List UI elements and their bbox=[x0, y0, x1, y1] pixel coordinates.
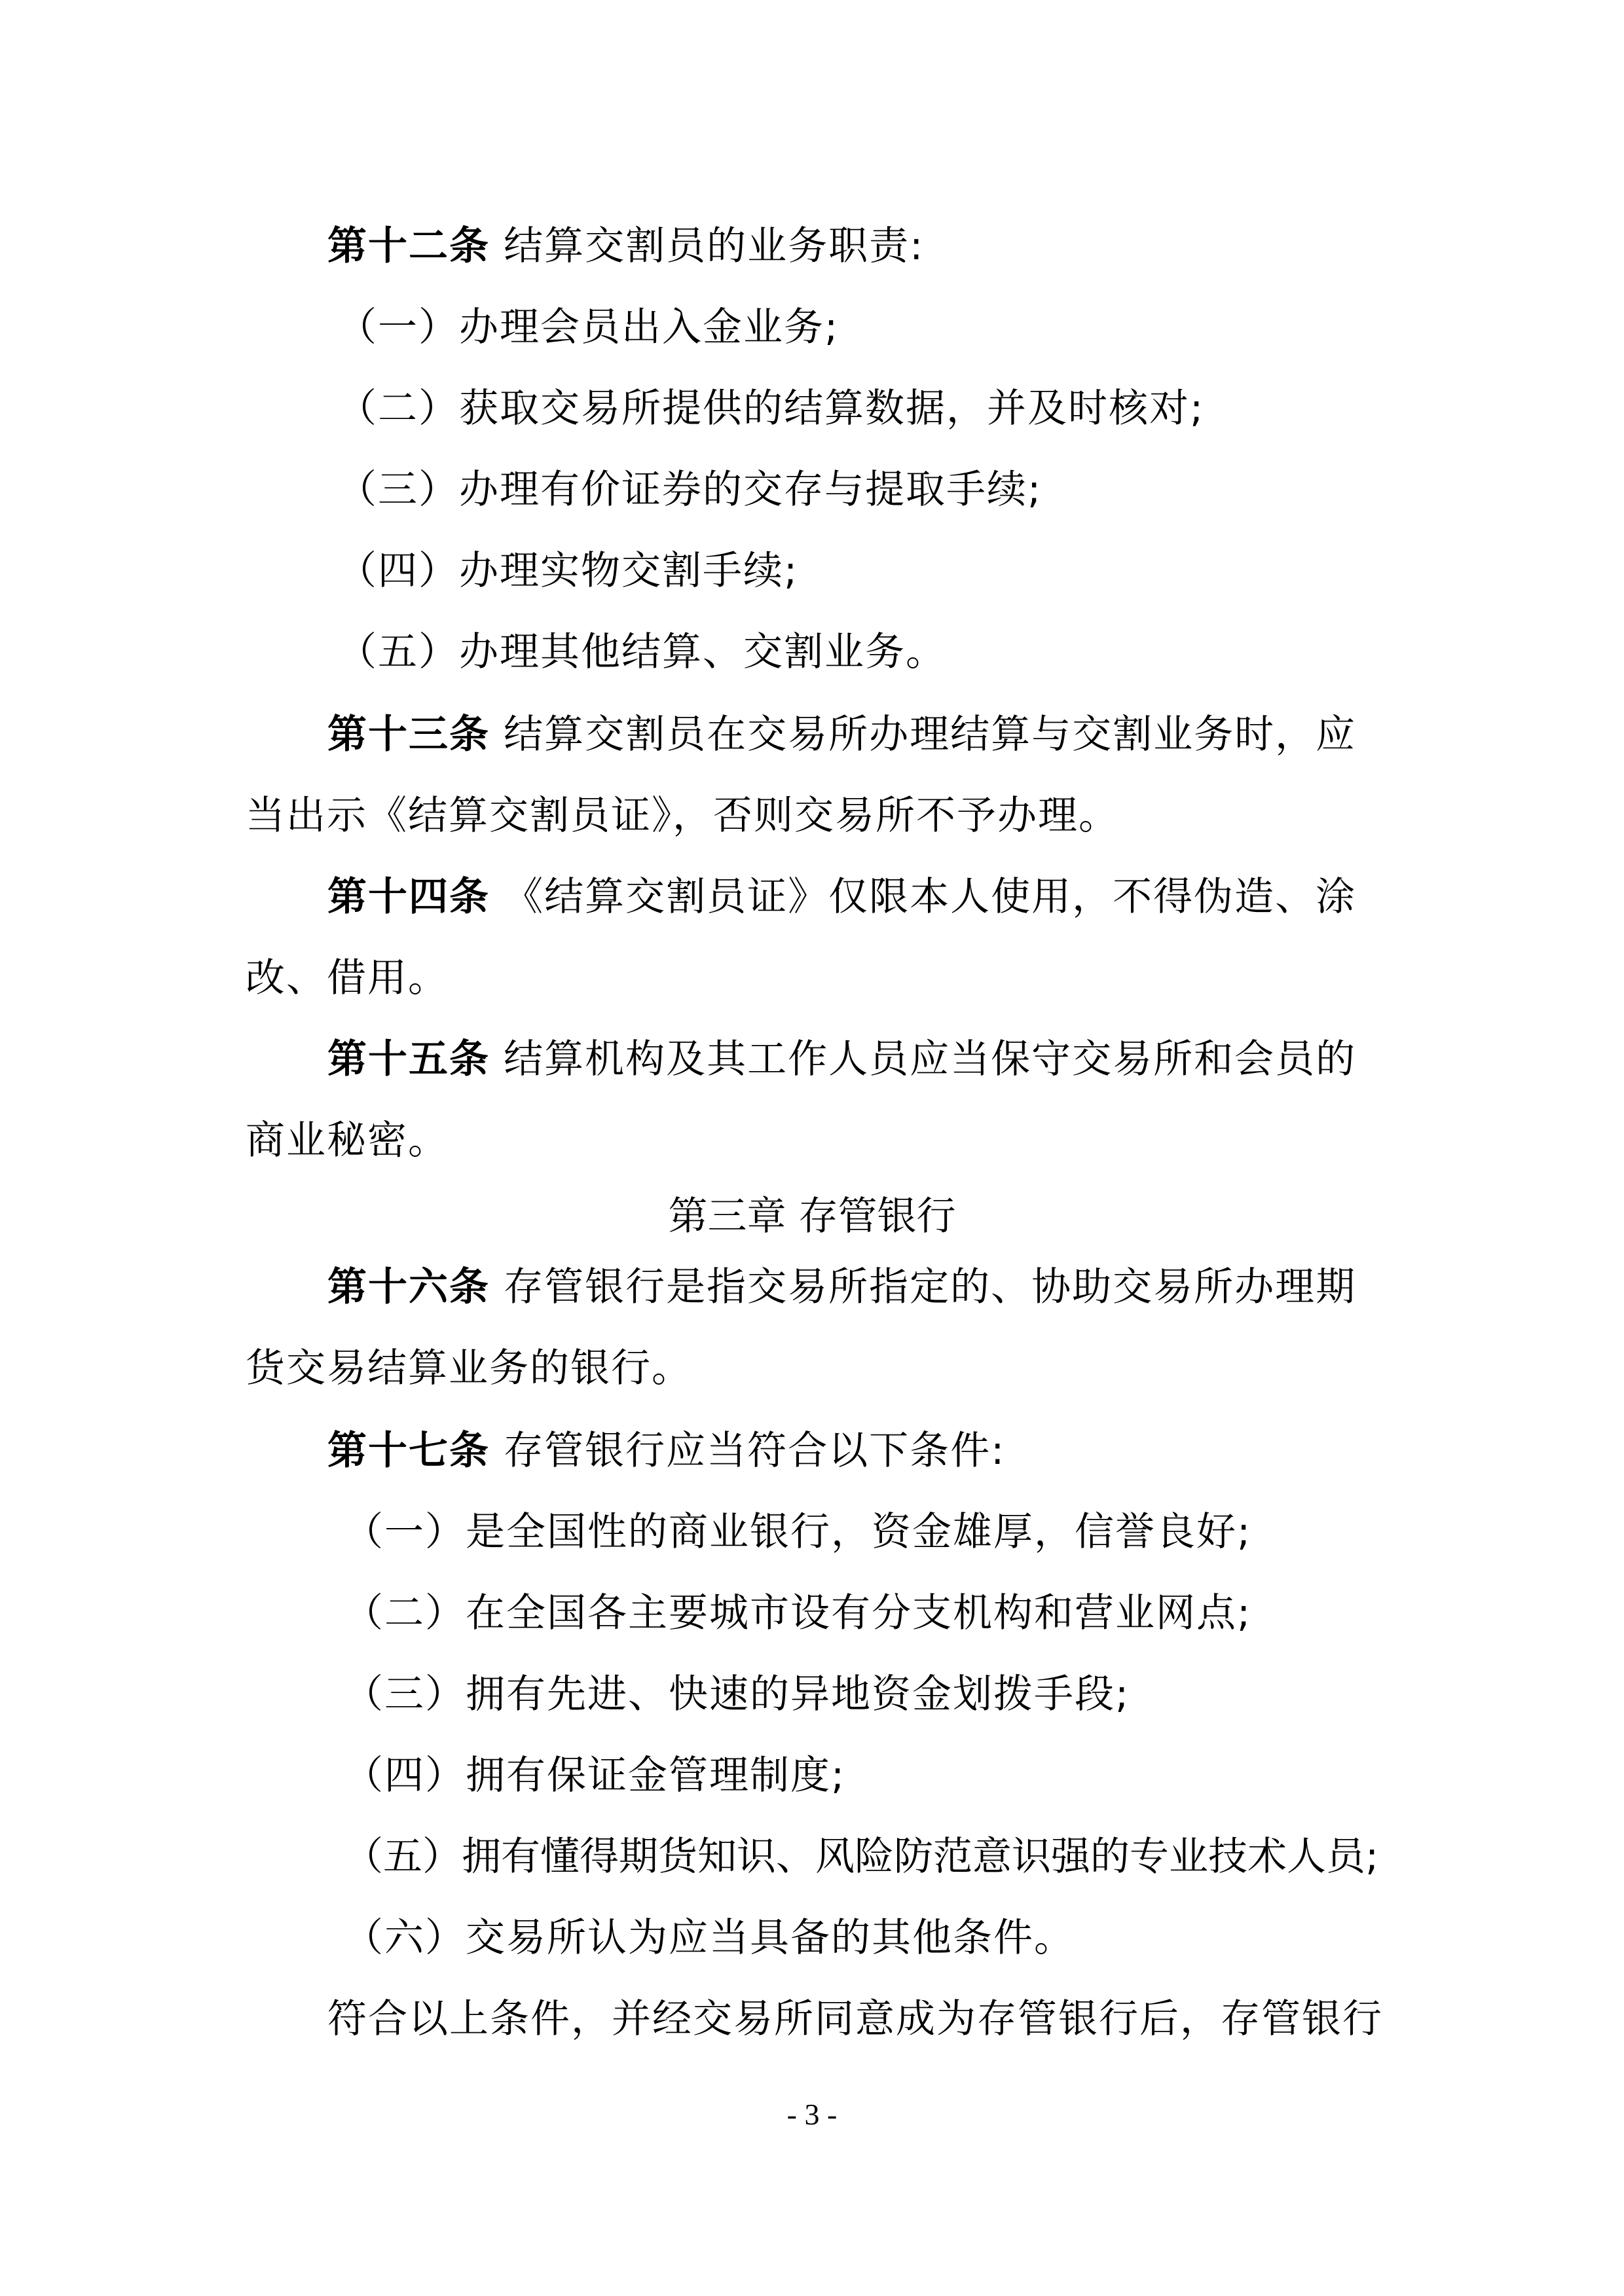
article-text: 结算交割员在交易所办理结算与交割业务时，应 bbox=[504, 712, 1356, 757]
article-17: 第十七条 存管银行应当符合以下条件: bbox=[327, 1427, 1005, 1474]
list-item: （三）拥有先进、快速的异地资金划拨手段; bbox=[344, 1671, 1130, 1718]
article-text-continued: 当出示《结算交割员证》，否则交易所不予办理。 bbox=[246, 792, 1119, 839]
article-trailing-text: 符合以上条件，并经交易所同意成为存管银行后，存管银行 bbox=[327, 1995, 1383, 2043]
article-heading: 第十七条 bbox=[327, 1428, 490, 1474]
article-12: 第十二条 结算交割员的业务职责: bbox=[327, 223, 924, 270]
list-item: （二）获取交易所提供的结算数据，并及时核对; bbox=[337, 385, 1204, 432]
article-15: 第十五条 结算机构及其工作人员应当保守交易所和会员的 bbox=[327, 1036, 1356, 1083]
article-heading: 第十三条 bbox=[327, 712, 490, 757]
list-item: （六）交易所认为应当具备的其他条件。 bbox=[344, 1914, 1075, 1961]
article-text: 存管银行是指交易所指定的、协助交易所办理期 bbox=[504, 1264, 1356, 1310]
article-text-continued: 货交易结算业务的银行。 bbox=[246, 1345, 692, 1392]
article-text-continued: 改、借用。 bbox=[246, 955, 449, 1002]
article-13: 第十三条 结算交割员在交易所办理结算与交割业务时，应 bbox=[327, 711, 1356, 758]
list-item: （二）在全国各主要城市设有分支机构和营业网点; bbox=[344, 1590, 1251, 1637]
article-text: 结算交割员的业务职责: bbox=[504, 223, 924, 269]
article-heading: 第十五条 bbox=[327, 1036, 490, 1082]
list-item: （五）办理其他结算、交割业务。 bbox=[337, 629, 946, 676]
article-text: 存管银行应当符合以下条件: bbox=[504, 1428, 1005, 1474]
list-item: （四）办理实物交割手续; bbox=[337, 547, 798, 594]
article-14: 第十四条 《结算交割员证》仅限本人使用，不得伪造、涂 bbox=[327, 873, 1356, 920]
article-text-continued: 商业秘密。 bbox=[246, 1117, 449, 1164]
list-item: （一）办理会员出入金业务; bbox=[337, 304, 839, 351]
article-text: 结算机构及其工作人员应当保守交易所和会员的 bbox=[504, 1036, 1356, 1082]
chapter-title: 第三章 存管银行 bbox=[0, 1193, 1624, 1240]
page-number: - 3 - bbox=[0, 2096, 1624, 2133]
article-16: 第十六条 存管银行是指交易所指定的、协助交易所办理期 bbox=[327, 1264, 1356, 1311]
list-item: （三）办理有价证券的交存与提取手续; bbox=[337, 466, 1042, 513]
document-page: 第十二条 结算交割员的业务职责: （一）办理会员出入金业务; （二）获取交易所提… bbox=[0, 0, 1624, 2296]
article-heading: 第十二条 bbox=[327, 223, 490, 269]
article-text: 《结算交割员证》仅限本人使用，不得伪造、涂 bbox=[504, 874, 1356, 920]
list-item: （四）拥有保证金管理制度; bbox=[344, 1752, 845, 1799]
article-heading: 第十六条 bbox=[327, 1264, 490, 1310]
article-heading: 第十四条 bbox=[327, 874, 490, 920]
list-item: （五）拥有懂得期货知识、风险防范意识强的专业技术人员; bbox=[344, 1833, 1378, 1880]
list-item: （一）是全国性的商业银行，资金雄厚，信誉良好; bbox=[344, 1508, 1251, 1556]
